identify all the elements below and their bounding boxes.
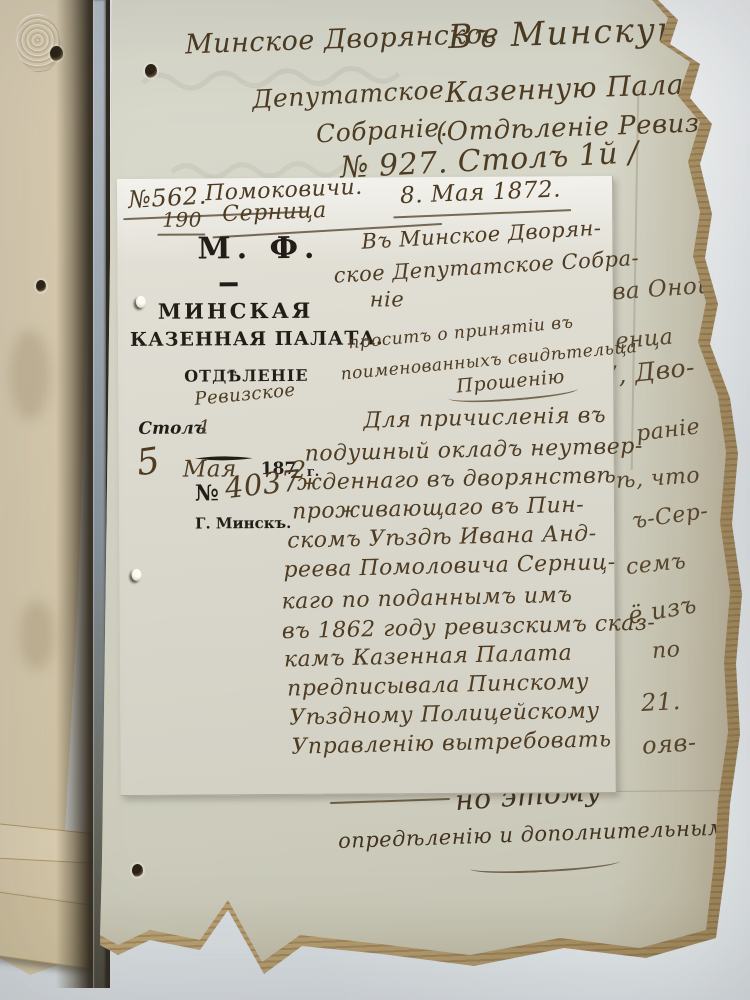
- memo-body-line: предписывала Пинскому: [287, 671, 589, 700]
- paper-stain: [20, 600, 54, 670]
- ink-flourish: [470, 854, 621, 876]
- annotation-folio: 190: [162, 209, 202, 229]
- margin-fragment: ѣ, что: [615, 465, 701, 493]
- margin-fragment: ъ-Сер-: [631, 501, 710, 533]
- letterhead-city: Г. Минскъ.: [195, 516, 291, 532]
- ink-stroke: [330, 798, 450, 804]
- number-label: №: [195, 482, 219, 504]
- letterhead-org-line1: МИНСКАЯ: [158, 300, 314, 322]
- resolution-line: опредѣленію и дополнительнымъ: [338, 817, 741, 852]
- pinhole: [131, 569, 141, 581]
- memo-body-line: жденнаго въ дворянствѣ: [297, 465, 617, 495]
- memo-addressee-line: ское Депутатское Собра-: [333, 248, 639, 287]
- letterhead-org-line2: КАЗЕННАЯ ПАЛАТА.: [130, 329, 384, 350]
- memo-paper: №562. Помоковичи. 8. Мая 1872. 190 Серни…: [117, 176, 617, 796]
- memo-body-line: Для причисленія въ: [363, 405, 606, 433]
- pinhole: [136, 296, 146, 308]
- letterhead-desk-label: Столъ: [138, 420, 206, 437]
- annotation-date: 8. Мая 1872.: [400, 178, 562, 208]
- wormhole: [145, 64, 157, 78]
- letterhead-department-value: Ревизское: [194, 382, 297, 409]
- margin-fragment: раніе: [635, 416, 701, 446]
- memo-body-line: подушный окладъ неутвер-: [304, 436, 643, 466]
- letterhead-desk-value: 1: [198, 418, 211, 437]
- letterhead-ministry: М. Ф.: [197, 234, 320, 265]
- archival-document-photo: Минское Дворянское Депутатское Собраніе.…: [0, 0, 750, 1000]
- ink-stroke: [393, 209, 571, 218]
- memo-addressee-line: ніе: [370, 289, 405, 310]
- memo-addressee-line: Въ Минское Дворян-: [361, 218, 602, 253]
- memo-body-line: каго по поданнымъ имъ: [281, 585, 572, 614]
- memo-body-line: реева Помоловича Серниц-: [283, 552, 616, 582]
- header-addressee-line: Въ Минскую: [447, 12, 688, 53]
- memo-body-line: проживающаго въ Пин-: [292, 495, 585, 524]
- memo-body-line: Управленію вытребовать: [291, 729, 612, 759]
- header-sender-line: Собраніе.: [315, 115, 448, 147]
- margin-fragment: 21.: [640, 689, 681, 715]
- memo-body-line: въ 1862 году ревизскимъ сказ-: [282, 612, 656, 643]
- letterhead-dash: [220, 282, 238, 286]
- margin-fragment: по: [651, 639, 681, 663]
- margin-fragment: ва Оной: [611, 275, 713, 305]
- memo-body-line: Уѣздному Полицейскому: [289, 700, 600, 729]
- memo-body-line: скомъ Уѣздѣ Ивана Анд-: [287, 523, 597, 552]
- binding-gap: [56, 0, 110, 988]
- margin-fragment: ояв-: [641, 730, 697, 758]
- number-value: 4037: [223, 466, 302, 503]
- date-day: 5: [134, 443, 162, 482]
- paper-stain: [10, 330, 50, 420]
- margin-fragment: семъ: [625, 551, 687, 579]
- wormhole: [132, 864, 143, 877]
- wormhole: [36, 280, 46, 292]
- annotation-name2: Серница: [222, 200, 327, 226]
- memo-body-line: камъ Казенная Палата: [284, 643, 573, 672]
